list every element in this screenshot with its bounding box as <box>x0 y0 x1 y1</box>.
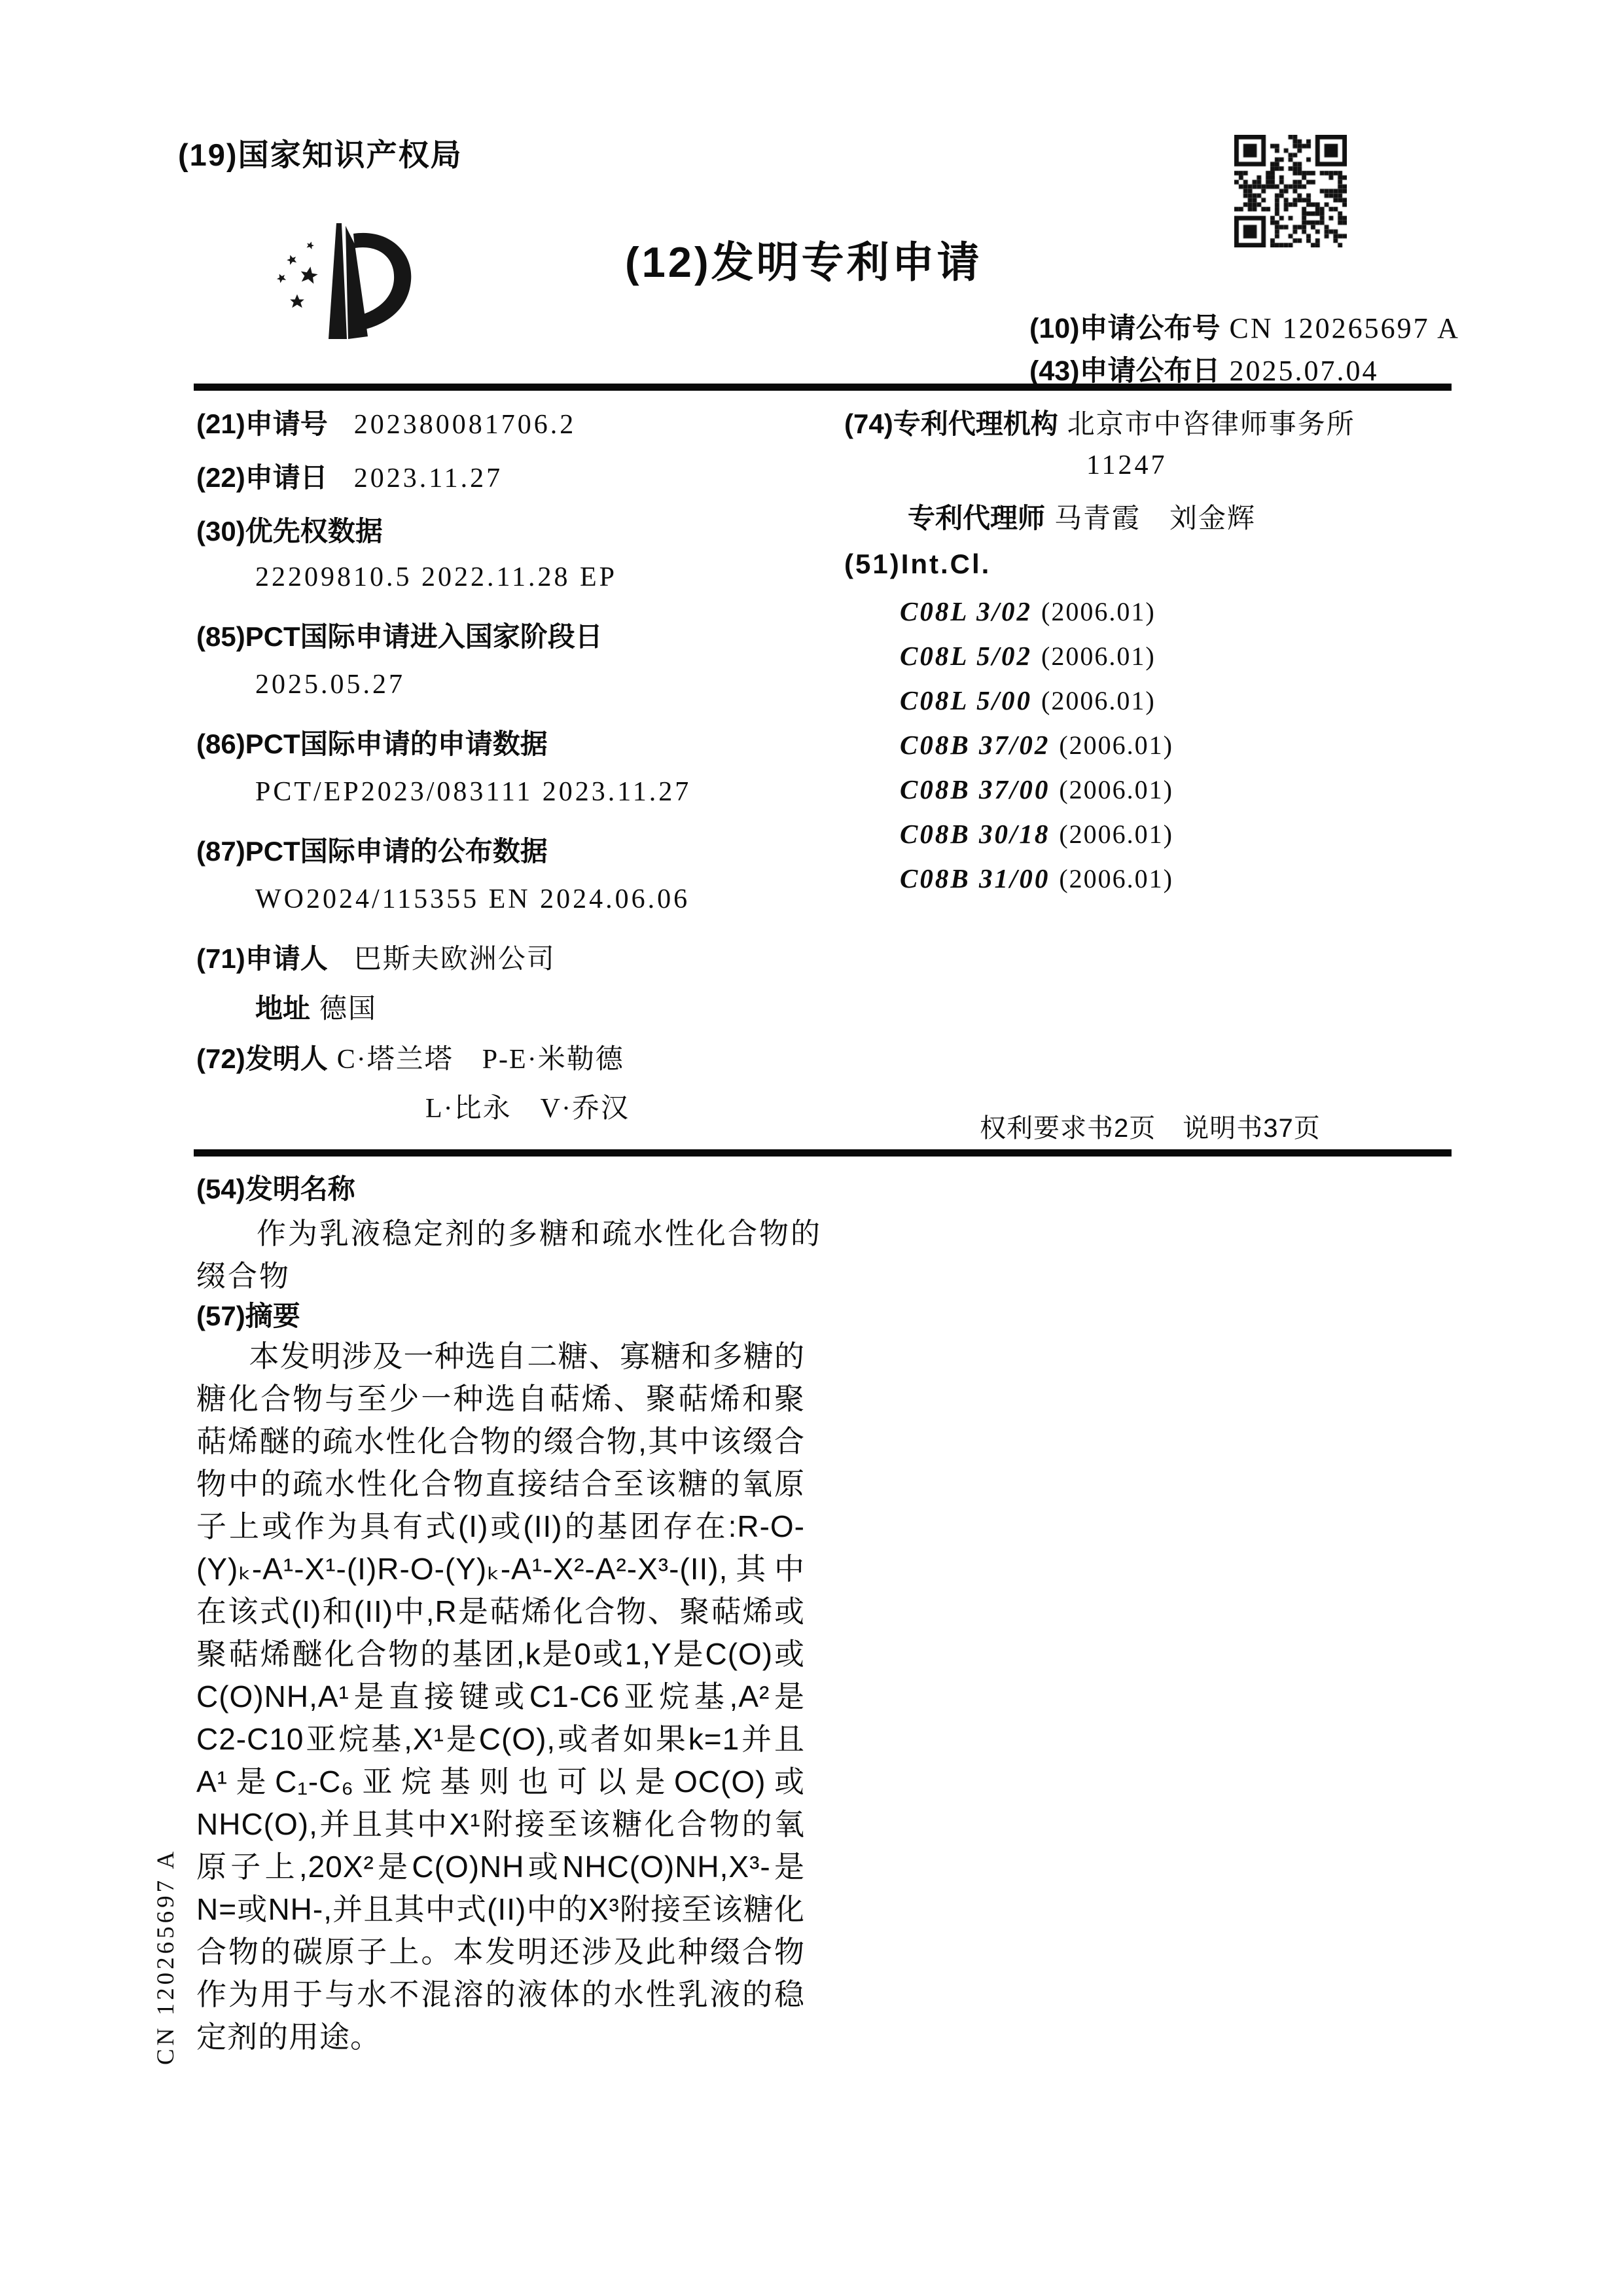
agency-name: 北京市中咨律师事务所 <box>1067 410 1355 440</box>
publication-date-row: (43)申请公布日2025.07.04 <box>1029 349 1378 389</box>
applicant-name: 巴斯夫欧洲公司 <box>354 944 556 975</box>
ipc-version: (2006.01) <box>1059 730 1173 760</box>
ipc-version: (2006.01) <box>1041 641 1156 671</box>
ipc-entry: C08B 30/18(2006.01) <box>900 818 1173 850</box>
abstract-label: (57)摘要 <box>196 1295 300 1334</box>
application-date-row: (22)申请日2023.11.27 <box>196 456 503 495</box>
priority-data-label: (30)优先权数据 <box>196 516 383 547</box>
inventors-row: (72)发明人C·塔兰塔 P-E·米勒德 <box>196 1037 624 1077</box>
pct-publication-data-value: WO2024/115355 EN 2024.06.06 <box>255 884 690 914</box>
qr-code <box>1234 135 1347 251</box>
invention-title-line1: 作为乳液稳定剂的多糖和疏水性化合物的 <box>257 1210 822 1252</box>
applicant-label: (71)申请人 <box>196 943 328 974</box>
ipc-code: C08B 31/00 <box>900 863 1050 893</box>
ipc-version: (2006.01) <box>1059 775 1173 804</box>
ipc-code: C08B 37/00 <box>900 774 1050 804</box>
ipc-entry: C08L 3/02(2006.01) <box>900 596 1156 627</box>
abstract-text: 本发明涉及一种选自二糖、寡糖和多糖的糖化合物与至少一种选自萜烯、聚萜烯和聚萜烯醚… <box>196 1335 805 2058</box>
ipc-version: (2006.01) <box>1059 864 1173 893</box>
ipc-version: (2006.01) <box>1041 686 1156 715</box>
agency-label: (74)专利代理机构 <box>844 408 1058 439</box>
pct-national-entry-value: 2025.05.27 <box>255 670 405 700</box>
pct-application-data-label: (86)PCT国际申请的申请数据 <box>196 728 548 759</box>
pct-application-data-value: PCT/EP2023/083111 2023.11.27 <box>255 777 691 807</box>
ipc-code: C08B 30/18 <box>900 819 1050 849</box>
ipc-code: C08B 37/02 <box>900 730 1050 760</box>
patent-office-line: (19)国家知识产权局 <box>178 131 463 175</box>
agent-names: 马青霞 刘金辉 <box>1054 504 1256 534</box>
ipc-entry: C08B 37/00(2006.01) <box>900 774 1173 805</box>
invention-title-label: (54)发明名称 <box>196 1168 355 1207</box>
address-label: 地址 <box>255 993 310 1024</box>
ipc-entry: C08B 37/02(2006.01) <box>900 729 1173 761</box>
ipc-code: C08L 5/00 <box>900 685 1032 715</box>
ipc-version: (2006.01) <box>1041 597 1156 626</box>
address-row: 地址德国 <box>255 987 377 1026</box>
agency-code: 11247 <box>1086 450 1167 480</box>
publication-date-value: 2025.07.04 <box>1229 355 1378 387</box>
pct-national-entry-row: (85)PCT国际申请进入国家阶段日 <box>196 615 603 655</box>
publication-date-label: (43)申请公布日 <box>1029 355 1220 387</box>
pct-application-data-row: (86)PCT国际申请的申请数据 <box>196 723 548 762</box>
priority-data-row: (30)优先权数据 <box>196 510 383 549</box>
inventors-label: (72)发明人 <box>196 1043 328 1074</box>
inventors-line1: C·塔兰塔 P-E·米勒德 <box>337 1045 624 1075</box>
ipc-entry: C08B 31/00(2006.01) <box>900 863 1173 894</box>
inventors-line2: L·比永 V·乔汉 <box>425 1094 630 1124</box>
publication-number-row: (10)申请公布号CN 120265697 A <box>1029 306 1460 346</box>
ipc-entry: C08L 5/00(2006.01) <box>900 685 1156 716</box>
priority-data-value: 22209810.5 2022.11.28 EP <box>255 562 617 592</box>
doc-type-title: (12)发明专利申请 <box>625 228 982 289</box>
ipc-entry: C08L 5/02(2006.01) <box>900 640 1156 672</box>
pct-publication-data-row: (87)PCT国际申请的公布数据 <box>196 830 548 869</box>
application-number-row: (21)申请号202380081706.2 <box>196 403 576 442</box>
top-divider-rule <box>194 384 1452 391</box>
agent-row: 专利代理师马青霞 刘金辉 <box>908 497 1256 536</box>
agent-label: 专利代理师 <box>908 503 1045 533</box>
inventors-row-2: L·比永 V·乔汉 <box>425 1086 630 1126</box>
ipc-code: C08L 5/02 <box>900 641 1032 671</box>
pct-publication-data-value-row: WO2024/115355 EN 2024.06.06 <box>255 884 690 915</box>
invention-title-line2: 缀合物 <box>196 1252 291 1295</box>
application-number-value: 202380081706.2 <box>354 410 577 440</box>
publication-number-value: CN 120265697 A <box>1229 312 1459 344</box>
agency-row: (74)专利代理机构北京市中咨律师事务所 <box>844 403 1355 442</box>
pct-national-entry-value-row: 2025.05.27 <box>255 669 405 700</box>
sidebar-document-code: CN 120265697 A <box>152 1848 180 2065</box>
pct-application-data-value-row: PCT/EP2023/083111 2023.11.27 <box>255 776 691 808</box>
applicant-row: (71)申请人巴斯夫欧洲公司 <box>196 937 556 977</box>
ipc-label: (51)Int.Cl. <box>844 548 991 579</box>
cnipa-logo <box>268 219 416 347</box>
priority-data-value-row: 22209810.5 2022.11.28 EP <box>255 562 617 593</box>
middle-divider-rule <box>194 1149 1452 1157</box>
ipc-code: C08L 3/02 <box>900 596 1032 626</box>
application-number-label: (21)申请号 <box>196 408 328 439</box>
pages-note: 权利要求书2页 说明书37页 <box>980 1107 1321 1145</box>
address-value: 德国 <box>319 994 377 1024</box>
ipc-version: (2006.01) <box>1059 819 1173 849</box>
pct-national-entry-label: (85)PCT国际申请进入国家阶段日 <box>196 621 603 652</box>
application-date-value: 2023.11.27 <box>354 463 503 493</box>
pct-publication-data-label: (87)PCT国际申请的公布数据 <box>196 836 548 867</box>
patent-front-page: (19)国家知识产权局 <box>0 0 1623 2296</box>
publication-number-label: (10)申请公布号 <box>1029 313 1220 344</box>
agency-code-row: 11247 <box>1086 450 1167 481</box>
application-date-label: (22)申请日 <box>196 462 328 493</box>
ipc-section-label-row: (51)Int.Cl. <box>844 548 991 580</box>
